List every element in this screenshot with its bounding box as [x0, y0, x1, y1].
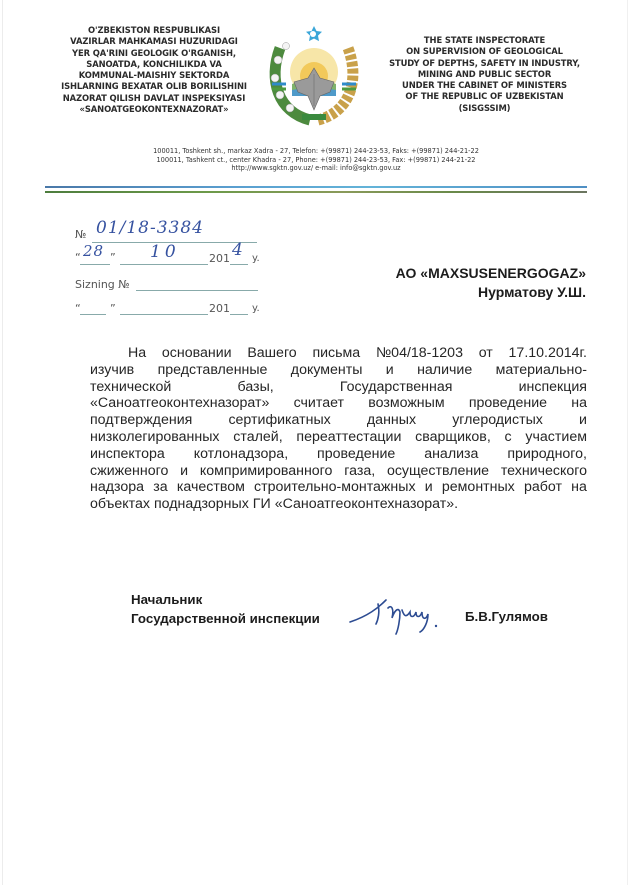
blank-date-close-quote: ” [110, 302, 116, 315]
blank-year-prefix: 201 [209, 302, 230, 315]
letterhead-line: «SANOATGEOKONTEXNAZORAT» [48, 104, 260, 115]
your-number-label: Sizning № [75, 278, 130, 291]
letterhead-line: STUDY OF DEPTHS, SAFETY IN INDUSTRY, [377, 58, 592, 69]
letterhead-english: THE STATE INSPECTORATE ON SUPERVISION OF… [377, 35, 592, 114]
body-line: изучивпредставленныедокументыиналичиемат… [90, 362, 587, 379]
addressee-block: АО «MAXSUSENERGOGAZ» Нурматову У.Ш. [396, 264, 586, 302]
year-underline [230, 264, 248, 265]
letterhead-line: YER QA'RINI GEOLOGIK O'RGANISH, [48, 48, 260, 59]
date-day: 28 [83, 242, 104, 260]
letterhead-line: MINING AND PUBLIC SECTOR [377, 69, 592, 80]
contact-info: 100011, Toshkent sh., markaz Xadra - 27,… [60, 147, 572, 173]
letterhead-line: KOMMUNAL-MAISHIY SEKTORDA [48, 70, 260, 81]
date-open-quote: “ [75, 251, 81, 264]
signatory-name: Б.В.Гулямов [465, 609, 548, 624]
contact-line-english: 100011, Tashkent ct., center Khadra - 27… [60, 156, 572, 165]
blank-year-underline [230, 314, 248, 315]
letterhead-line: ISHLARNING BEXATAR OLIB BORILISHINI [48, 81, 260, 92]
letterhead-line: UNDER THE CABINET OF MINISTERS [377, 80, 592, 91]
date-month-underline [120, 264, 208, 265]
letterhead-line: O'ZBEKISTON RESPUBLIKASI [48, 25, 260, 36]
body-line: сжиженногоикомпримированногогаза,осущест… [90, 463, 587, 480]
letterhead-line: OF THE REPUBLIC OF UZBEKISTAN [377, 91, 592, 102]
year-prefix: 201 [209, 252, 230, 265]
body-line: НаоснованииВашегописьма№04/18-1203от17.1… [90, 345, 587, 362]
addressee-organization: АО «MAXSUSENERGOGAZ» [396, 264, 586, 283]
contact-line-web: http://www.sgktn.gov.uz/ e-mail: info@sg… [60, 164, 572, 173]
body-line: техническойбазы,Государственнаяинспекция [90, 379, 587, 396]
signatory-title: Начальник Государственной инспекции [131, 590, 320, 628]
letterhead-line: NAZORAT QILISH DAVLAT INSPEKSIYASI [48, 93, 260, 104]
letterhead-line: SANOATDA, KONCHILIKDA VA [48, 59, 260, 70]
contact-line-uzbek: 100011, Toshkent sh., markaz Xadra - 27,… [60, 147, 572, 156]
state-emblem-icon [268, 20, 360, 130]
page-edge [2, 0, 3, 885]
letterhead-line: (SISGSSIM) [377, 103, 592, 114]
outgoing-number: 01/18-3384 [96, 218, 204, 238]
blank-day-underline [80, 314, 106, 315]
blank-year-suffix: y. [252, 303, 260, 314]
signatory-title-line2: Государственной инспекции [131, 609, 320, 628]
divider-stripe-green [45, 191, 587, 193]
letterhead-line: VAZIRLAR MAHKAMASI HUZURIDAGI [48, 36, 260, 47]
your-number-underline [136, 290, 258, 291]
year-digit: 4 [232, 240, 244, 260]
date-close-quote: ” [110, 251, 116, 264]
blank-month-underline [120, 314, 208, 315]
letterhead-line: THE STATE INSPECTORATE [377, 35, 592, 46]
body-line: подтверждениясертификатныхданныхуглероди… [90, 412, 587, 429]
letter-page: O'ZBEKISTON RESPUBLIKASI VAZIRLAR MAHKAM… [0, 0, 630, 885]
signatory-title-line1: Начальник [131, 590, 320, 609]
handwritten-signature-icon [348, 590, 458, 635]
year-suffix: y. [252, 253, 260, 264]
date-month: 10 [150, 242, 180, 262]
date-day-underline [80, 264, 110, 265]
body-line: низколегированныхсталей,переаттестациисв… [90, 429, 587, 446]
page-edge [627, 0, 628, 885]
number-label: № [75, 228, 86, 241]
body-line: инспекторакотлонадзора,проведениеанализа… [90, 446, 587, 463]
letterhead-line: ON SUPERVISION OF GEOLOGICAL [377, 46, 592, 57]
body-line: объектахподнадзорныхГИ«Саноатгеоконтехна… [90, 496, 587, 513]
letterhead-uzbek: O'ZBEKISTON RESPUBLIKASI VAZIRLAR MAHKAM… [48, 25, 260, 115]
addressee-person: Нурматову У.Ш. [396, 283, 586, 302]
divider-stripe-blue [45, 186, 587, 188]
body-line: «Саноатгеоконтехназорат»считаетвозможным… [90, 395, 587, 412]
body-line: надзоразакачествомстроительно-монтажныхи… [90, 479, 587, 496]
letter-body: НаоснованииВашегописьма№04/18-1203от17.1… [90, 345, 587, 513]
